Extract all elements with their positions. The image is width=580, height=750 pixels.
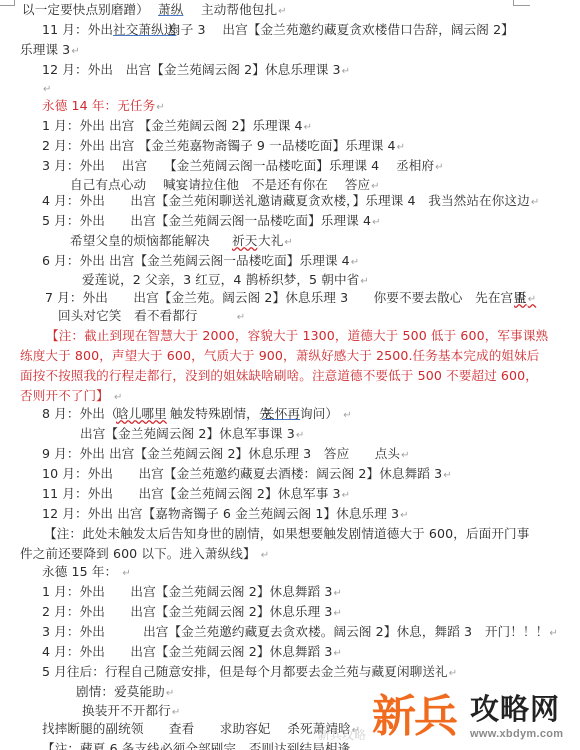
text-line: 以一定要快点别磨蹭） [22, 2, 149, 18]
text-line: 3 月：外出 出宫【金兰苑邀约藏夏去贪欢楼。阔云阁 2】休息，舞蹈 3 开门！！… [42, 624, 558, 642]
note-line: 件之前还要降到 600 以下。进入萧纵线】 ↵ [20, 546, 269, 564]
text-line: 8 月：外出（ [42, 406, 118, 422]
note-red: 【注：截止到现在智慧大于 2000，容貌大于 1300，道德大于 500 低于 … [46, 328, 548, 344]
text-line: 回头对它笑 看不看都行 ↵ [58, 308, 245, 326]
text-line: 主动帮他包扎↵ [201, 2, 287, 20]
text-line: 找摔断腿的副统领 查看 求助容妃 杀死萧靖晗↵ [42, 721, 360, 739]
site-watermark: 新兵 攻略网 www.xbdym.com [366, 690, 578, 746]
text-line: 出宫【金兰苑阔云阁 2】休息军事课 3↵ [80, 426, 304, 444]
text-line: 大礼↵ [258, 233, 293, 251]
text-line: 11 月：外出 出宫【金兰苑阔云阁 2】休息军事 3↵ [42, 486, 350, 504]
note-line: 【注：此处未触发太后告知身世的剧情，如果想要触发剧情道德大于 600，后面开门事 [44, 526, 529, 542]
text-line: 4 月：外出 出宫【金兰苑阔云阁 2】休息舞蹈 3↵ [42, 644, 342, 662]
text-line: 触发特殊剧情，先 [170, 406, 272, 422]
text-line: 5 月：外出 出宫【金兰苑阔云阁一品楼吃面】乐理课 4↵ [42, 213, 381, 231]
text-line: 9 月：外出 出宫【金兰苑阔云阁 2】休息乐理 3 答应 点头↵ [42, 446, 410, 464]
text-line-spellcheck: 祈天 [232, 233, 257, 249]
text-line: 10 月：外出 出宫【金兰苑邀约藏夏去酒楼：阔云阁 2】休息舞蹈 3↵ [42, 466, 452, 484]
text-line: 5 月往后：行程自己随意安排，但是每个月都要去金兰苑与藏夏闲聊送礼↵ [42, 664, 457, 682]
text-line: 12 月：外出 出宫【嘉物斋镯子 6 金兰苑阔云阁 1】休息乐理 3↵ [42, 506, 409, 524]
faint-watermark-overlay: 新兵攻略 [318, 726, 366, 743]
text-line: 2 月：外出 出宫【金兰苑阔云阁 2】休息乐理 3↵ [42, 604, 342, 622]
text-line-underlined: 关怀再 [262, 406, 300, 422]
text-line: 11 月：外出 [42, 22, 113, 38]
watermark-brand-dark: 攻略网 [470, 692, 560, 726]
watermark-url: www.xbdym.com [470, 728, 563, 740]
text-line: 4 月：外出 出宫【金兰苑闲聊送礼邀请藏夏贪欢楼，】乐理课 4 我当然站在你这边… [42, 193, 539, 211]
text-line: 6 月：外出 出宫【金兰苑阔云阁一品楼吃面】乐理课 4↵ [42, 253, 359, 271]
text-line: 3 月：外出 出宫 【金兰苑阔云阁一品楼吃面】乐理课 4 丞相府↵ [42, 158, 444, 176]
text-line: 扇子 3 出宫【金兰苑邀约藏夏贪欢楼借口告辞，阔云阁 2】 [168, 22, 514, 38]
text-line: 希望父皇的烦恼都能解决 [70, 233, 235, 249]
text-line: 剧情：爱莫能助↵ [76, 684, 174, 702]
empty-paragraph: ↵ [42, 80, 51, 98]
text-line: 2 月：外出 出宫 【金兰苑嘉物斋镯子 9 一品楼吃面】乐理课 4↵ [42, 138, 405, 156]
watermark-brand-orange: 新兵 [372, 690, 456, 744]
text-line: 1 月：外出 出宫【金兰苑阔云阁 2】休息舞蹈 3↵ [42, 584, 342, 602]
year-heading: 永德 15 年： ↵ [42, 564, 131, 582]
text-line-underlined: 社交萧纵送 [113, 22, 176, 38]
text-line-spellcheck: 盃↵ [514, 290, 536, 308]
page-corner-marker-left [0, 0, 15, 6]
year-heading: 永德 14 年：无任务↵ [42, 98, 165, 116]
text-line: 乐理课 3↵ [20, 42, 80, 60]
note-red: 练度大于 800，声望大于 600，气质大于 900，萧纵好感大于 2500.任… [20, 348, 540, 364]
text-line: 换装开不开都行↵ [82, 703, 180, 721]
text-line-spellcheck: 晗儿哪里 [116, 406, 167, 422]
text-line-underlined: 萧纵 [158, 2, 183, 18]
note-red: 否则开不了门】 ↵ [20, 388, 122, 406]
note-line: 【注：藏夏 6 条支线必须全部刷完，否则达到结局相逢 [42, 741, 350, 750]
text-line: 12 月：外出 出宫【金兰苑阔云阁 2】休息乐理课 3↵ [42, 62, 350, 80]
text-line: 询问） ↵ [300, 406, 352, 424]
note-red: 面按不按照我的行程走都行，没到的姐妹缺啥刷啥。注意道德不要低于 500 不要超过… [20, 368, 538, 384]
text-line: 7 月：外出 出宫【金兰苑。阔云阁 2】休息乐理 3 你要不要去散心 先在宫里 [45, 290, 526, 306]
text-line: 1 月：外出 出宫 【金兰苑阔云阁 2】乐理课 4↵ [42, 118, 312, 136]
page-corner-marker-right [513, 0, 530, 6]
text-line: 爱莲说，2 父亲，3 红豆，4 鹊桥织梦，5 朝中省↵ [82, 272, 369, 290]
